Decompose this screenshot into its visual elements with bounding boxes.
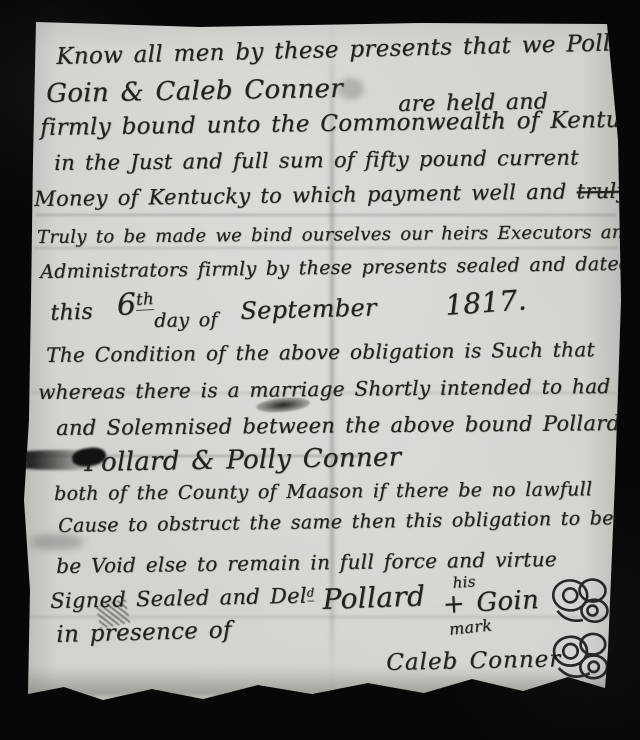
attestation-line: Signed Sealed and Deld bbox=[50, 583, 315, 613]
attestation-text: Signed Sealed and Del bbox=[50, 584, 307, 613]
manuscript-line: whereas there is a marriage Shortly inte… bbox=[38, 374, 611, 404]
manuscript-line: The Condition of the above obligation is… bbox=[46, 337, 595, 367]
signature-bondsman: Caleb Conner bbox=[386, 646, 562, 676]
scan-background: Know all men by these presents that we P… bbox=[0, 0, 640, 740]
date-day: 6th bbox=[116, 286, 155, 323]
date-year: 1817. bbox=[444, 283, 528, 322]
attestation-superscript: d bbox=[307, 585, 315, 601]
manuscript-line: be Void else to remain in full force and… bbox=[56, 547, 557, 578]
surname-text: Goin bbox=[476, 585, 540, 618]
day-ordinal-suffix: th bbox=[136, 289, 155, 311]
manuscript-line: Cause to obstruct the same then this obl… bbox=[58, 507, 614, 537]
manuscript-line-couple-names: Pollard & Polly Conner bbox=[84, 442, 402, 478]
manuscript-line: in the Just and full sum of fifty pound … bbox=[54, 146, 579, 175]
mark-cross: + bbox=[442, 589, 466, 620]
signature-groom-given: Pollard bbox=[322, 579, 426, 616]
manuscript-line: Money of Kentucky to which payment well … bbox=[34, 179, 629, 211]
manuscript-line: firmly bound unto the Commonwealth of Ke… bbox=[40, 106, 640, 141]
struck-word: truly bbox=[576, 179, 628, 204]
date-prefix: this bbox=[50, 300, 93, 326]
seal-flourish-icon bbox=[545, 627, 617, 687]
manuscript-text: Money of Kentucky to which payment well … bbox=[34, 180, 567, 211]
witness-intro-line: in presence of bbox=[56, 617, 232, 648]
fold-crease-horizontal bbox=[34, 247, 618, 249]
manuscript-line: Know all men by these presents that we P… bbox=[56, 29, 640, 70]
manuscript-line: both of the County of Maason if there be… bbox=[54, 478, 592, 505]
day-number: 6 bbox=[116, 287, 137, 323]
manuscript-line: Administrators firmly by these presents … bbox=[40, 253, 632, 283]
date-mid-words: day of bbox=[154, 309, 218, 332]
fold-crease-horizontal bbox=[36, 214, 616, 216]
fold-crease-horizontal bbox=[30, 616, 610, 618]
manuscript-line-names: Goin & Caleb Conner bbox=[46, 74, 343, 109]
manuscript-line: Truly to be made we bind ourselves our h… bbox=[37, 222, 636, 248]
date-month: September bbox=[240, 293, 377, 325]
his-mark-lower-label: mark bbox=[448, 615, 493, 638]
seal-flourish-icon bbox=[547, 570, 618, 629]
document-paper: Know all men by these presents that we P… bbox=[0, 0, 640, 740]
manuscript-line: and Solemnised between the above bound P… bbox=[56, 411, 620, 440]
